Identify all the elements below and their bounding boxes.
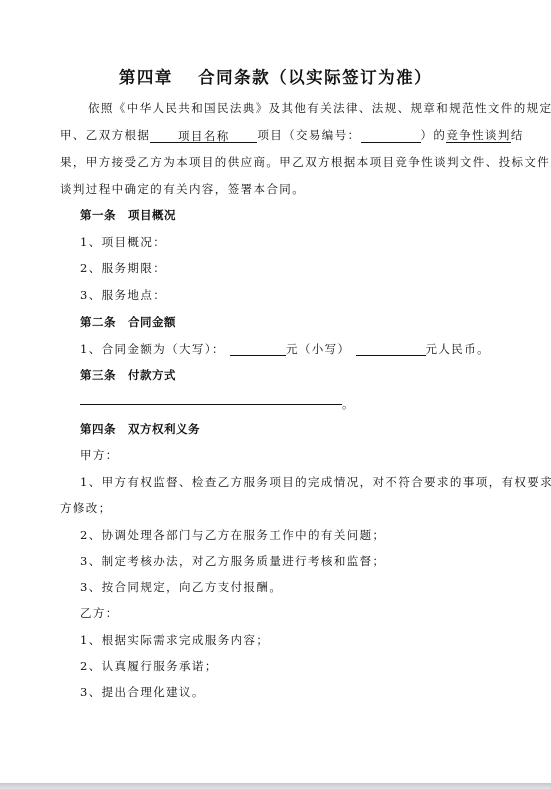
preamble-line-3: 果，甲方接受乙方为本项目的供应商。甲乙双方根据本项目竞争性谈判文件、投标文件及 <box>60 155 551 169</box>
amount-lowercase-field[interactable] <box>356 342 426 356</box>
preamble-line-4: 谈判过程中确定的有关内容，签署本合同。 <box>60 182 305 196</box>
article-1-item-1: 1、项目概况： <box>80 235 166 249</box>
payment-period: 。 <box>342 396 354 412</box>
party-b-item-2: 2、认真履行服务承诺； <box>80 659 218 673</box>
preamble-line-2-prefix: 甲、乙双方根据 <box>60 128 150 142</box>
contract-amount-line: 1、合同金额为（大写）： 元（小写） 元人民币。 <box>80 342 490 356</box>
article-1-heading: 第一条 项目概况 <box>80 208 176 222</box>
party-a-item-4: 3、按合同规定，向乙方支付报酬。 <box>80 580 282 594</box>
procurement-method-field[interactable]: 竞争性谈判 <box>446 128 511 143</box>
party-a-item-1: 1、甲方有权监督、检查乙方服务项目的完成情况，对不符合要求的事项，有权要求乙 <box>80 475 551 489</box>
page-bottom-shadow <box>0 783 551 789</box>
article-3-heading: 第三条 付款方式 <box>80 368 176 382</box>
chapter-title: 第四章 合同条款（以实际签订为准） <box>0 64 551 88</box>
party-b-item-1: 1、根据实际需求完成服务内容； <box>80 633 269 647</box>
party-a-label: 甲方： <box>80 448 119 462</box>
article-1-item-2: 2、服务期限： <box>80 261 166 275</box>
preamble-line-1: 依照《中华人民共和国民法典》及其他有关法律、法规、规章和规范性文件的规定， <box>88 101 551 115</box>
preamble-line-2: 甲、乙双方根据项目名称项目（交易编号：）的竞争性谈判结 <box>60 128 524 143</box>
preamble-line-2-after-paren: ）的 <box>421 128 447 142</box>
trade-number-field[interactable] <box>361 129 421 143</box>
document-page: 第四章 合同条款（以实际签订为准） 依照《中华人民共和国民法典》及其他有关法律、… <box>0 0 551 783</box>
preamble-line-2-suffix: 结 <box>511 128 524 142</box>
party-a-item-3: 3、制定考核办法，对乙方服务质量进行考核和监督； <box>80 554 385 568</box>
party-b-label: 乙方： <box>80 606 119 620</box>
article-2-heading: 第二条 合同金额 <box>80 315 176 329</box>
party-a-item-2: 2、协调处理各部门与乙方在服务工作中的有关问题； <box>80 528 385 542</box>
preamble-line-2-mid: 项目（交易编号： <box>257 128 360 142</box>
party-a-item-1-cont: 方修改； <box>60 501 112 515</box>
amount-suffix: 元人民币。 <box>426 342 491 356</box>
article-4-heading: 第四条 双方权利义务 <box>80 422 200 436</box>
project-name-placeholder: 项目名称 <box>178 129 230 143</box>
amount-mid: 元（小写） <box>286 342 351 356</box>
amount-uppercase-field[interactable] <box>230 342 286 356</box>
party-b-item-3: 3、提出合理化建议。 <box>80 685 205 699</box>
payment-method-field[interactable] <box>80 404 342 405</box>
amount-prefix: 1、合同金额为（大写）： <box>80 342 225 356</box>
project-name-field[interactable]: 项目名称 <box>150 129 257 143</box>
article-1-item-3: 3、服务地点： <box>80 288 166 302</box>
